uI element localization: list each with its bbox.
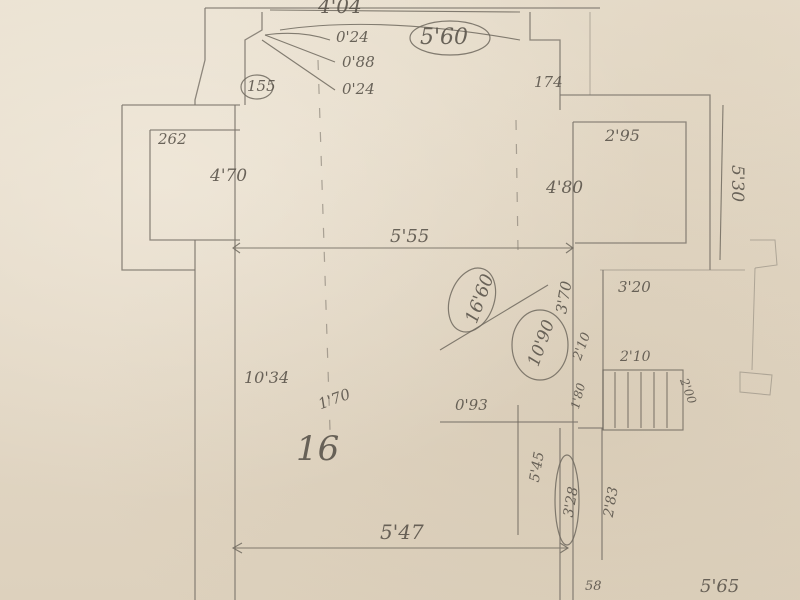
dim-main-height: 10'34 — [244, 370, 289, 386]
dim-right-wing-width: 2'95 — [605, 128, 640, 144]
floor-plan-drawing — [0, 0, 800, 600]
dim-passage: 0'93 — [455, 398, 488, 413]
dim-small-2: 0'88 — [342, 55, 375, 70]
dim-left-wing-width: 262 — [158, 132, 187, 147]
dim-main-width-bottom: 5'47 — [380, 522, 424, 542]
dim-left-wing-height: 4'70 — [210, 168, 247, 185]
dim-top-span-circled: 5'60 — [420, 27, 468, 49]
dim-right-pillar: 174 — [534, 75, 563, 90]
dim-bottom-small: 58 — [585, 580, 602, 593]
dim-main-width-top: 5'55 — [390, 228, 429, 246]
dim-small-3: 0'24 — [342, 82, 375, 97]
dim-area-main: 16 — [296, 432, 339, 466]
dim-stairs-width: 2'10 — [620, 350, 651, 364]
stairs-icon — [603, 370, 683, 430]
dim-right-wing-height: 4'80 — [546, 180, 583, 197]
dim-right-outer-height: 5'30 — [728, 165, 745, 202]
dim-annex-width: 3'20 — [618, 280, 651, 295]
dim-top-left-width: 4'04 — [318, 0, 362, 16]
dim-small-1: 0'24 — [336, 30, 369, 45]
dim-left-pillar-circled: 155 — [247, 79, 276, 94]
dim-bottom-right: 5'65 — [700, 578, 739, 596]
